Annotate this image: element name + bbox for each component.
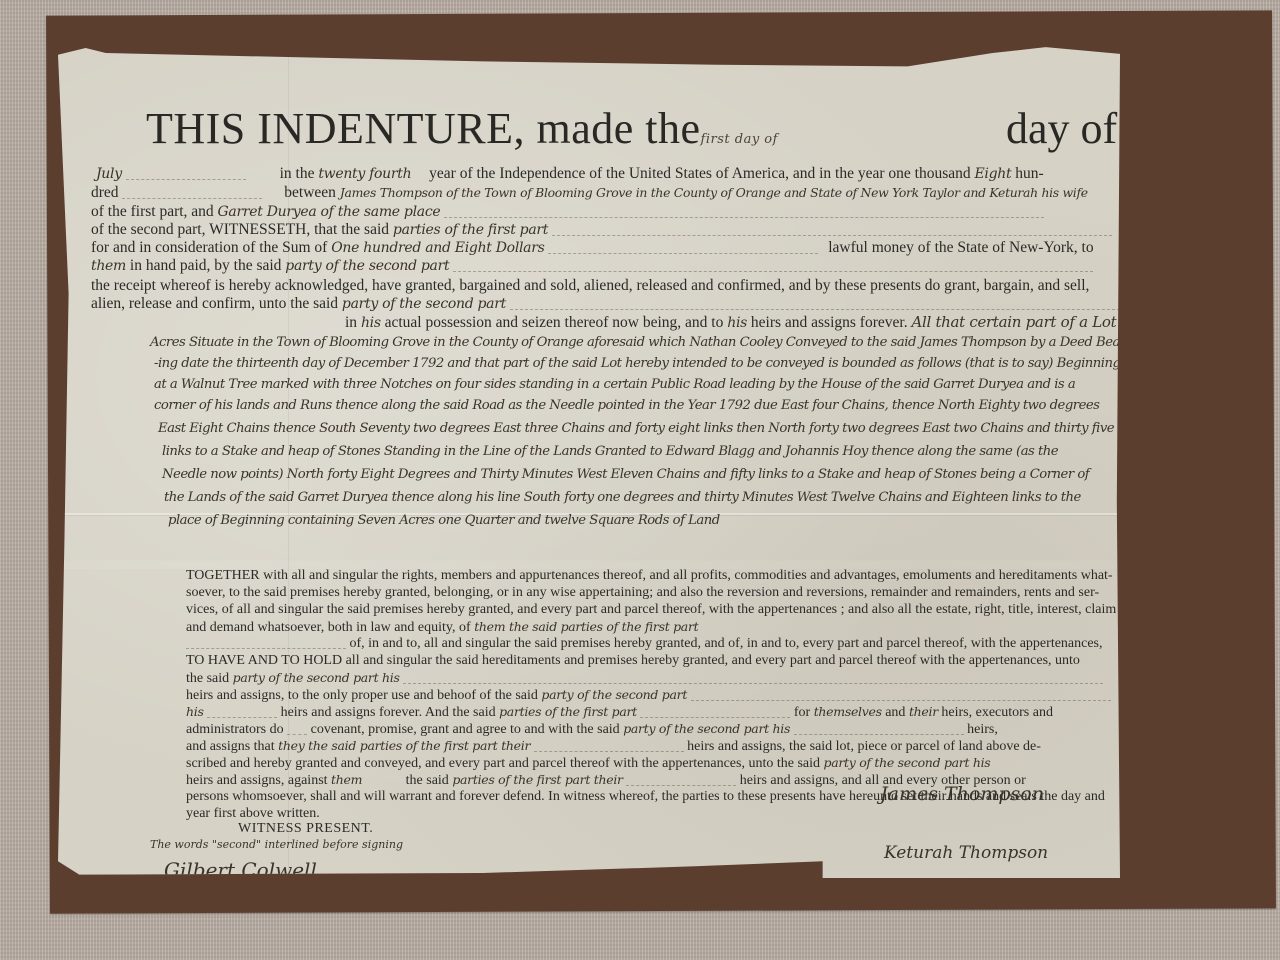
hw-sum: One hundred and Eight Dollars [331,240,544,256]
line-consideration: for and in consideration of the Sum of O… [91,239,1094,257]
together-line: TOGETHER with all and singular the right… [186,567,1113,585]
description-line: at a Walnut Tree marked with three Notch… [154,377,1075,392]
description-line: corner of his lands and Runs thence alon… [154,398,1099,413]
line-between: dred between James Thompson of the Town … [91,184,1088,202]
line-witnesseth: of the second part, WITNESSETH, that the… [91,221,1112,239]
title-handwritten-day: first day of [701,132,778,147]
description-line: the Lands of the said Garret Duryea then… [164,490,1081,505]
habendum-line: TO HAVE AND TO HOLD all and singular the… [186,652,1080,670]
of-in-and-to-line: of, in and to, all and singular the said… [186,635,1103,653]
witness-note: The words "second" interlined before sig… [150,838,403,851]
hw-grantors: James Thompson of the Town of Blooming G… [340,185,1088,200]
description-line: Acres Situate in the Town of Blooming Gr… [150,335,1130,350]
title-day-of: day of [1006,103,1117,154]
together-line: vices, of all and singular the said prem… [186,601,1116,619]
witness-heading: WITNESS PRESENT. [238,820,373,838]
together-line: soever, to the said premises hereby gran… [186,584,1099,602]
description-line: East Eight Chains thence South Seventy t… [158,421,1114,436]
hw-grantee: Garret Duryea of the same place [218,204,441,220]
description-line: -ing date the thirteenth day of December… [154,356,1120,371]
line-alien: alien, release and confirm, unto the sai… [91,295,1150,313]
indenture-document: THIS INDENTURE, made thefirst day of day… [58,43,1120,878]
hw-century: Eight [975,166,1012,182]
line-first-part: of the first part, and Garret Duryea of … [91,203,1044,221]
line-date: July in the twenty fourth year of the In… [96,165,1044,183]
description-line: Needle now points) North forty Eight Deg… [162,467,1089,482]
description-line: place of Beginning containing Seven Acre… [168,513,720,528]
document-title: THIS INDENTURE, made thefirst day of [146,103,778,154]
hw-year: twenty fourth [318,166,411,182]
line-receipt: the receipt whereof is hereby acknowledg… [91,277,1089,295]
grantor-signature-keturah: Keturah Thompson [884,843,1048,863]
hw-month: July [96,166,122,182]
line-paid: them in hand paid, by the said party of … [91,257,1093,275]
title-text: THIS INDENTURE, made the [146,104,701,153]
description-line: links to a Stake and heap of Stones Stan… [162,444,1058,459]
line-possession: in his actual possession and seizen ther… [345,313,1178,332]
grantor-signature-james: James Thompson [880,783,1044,805]
